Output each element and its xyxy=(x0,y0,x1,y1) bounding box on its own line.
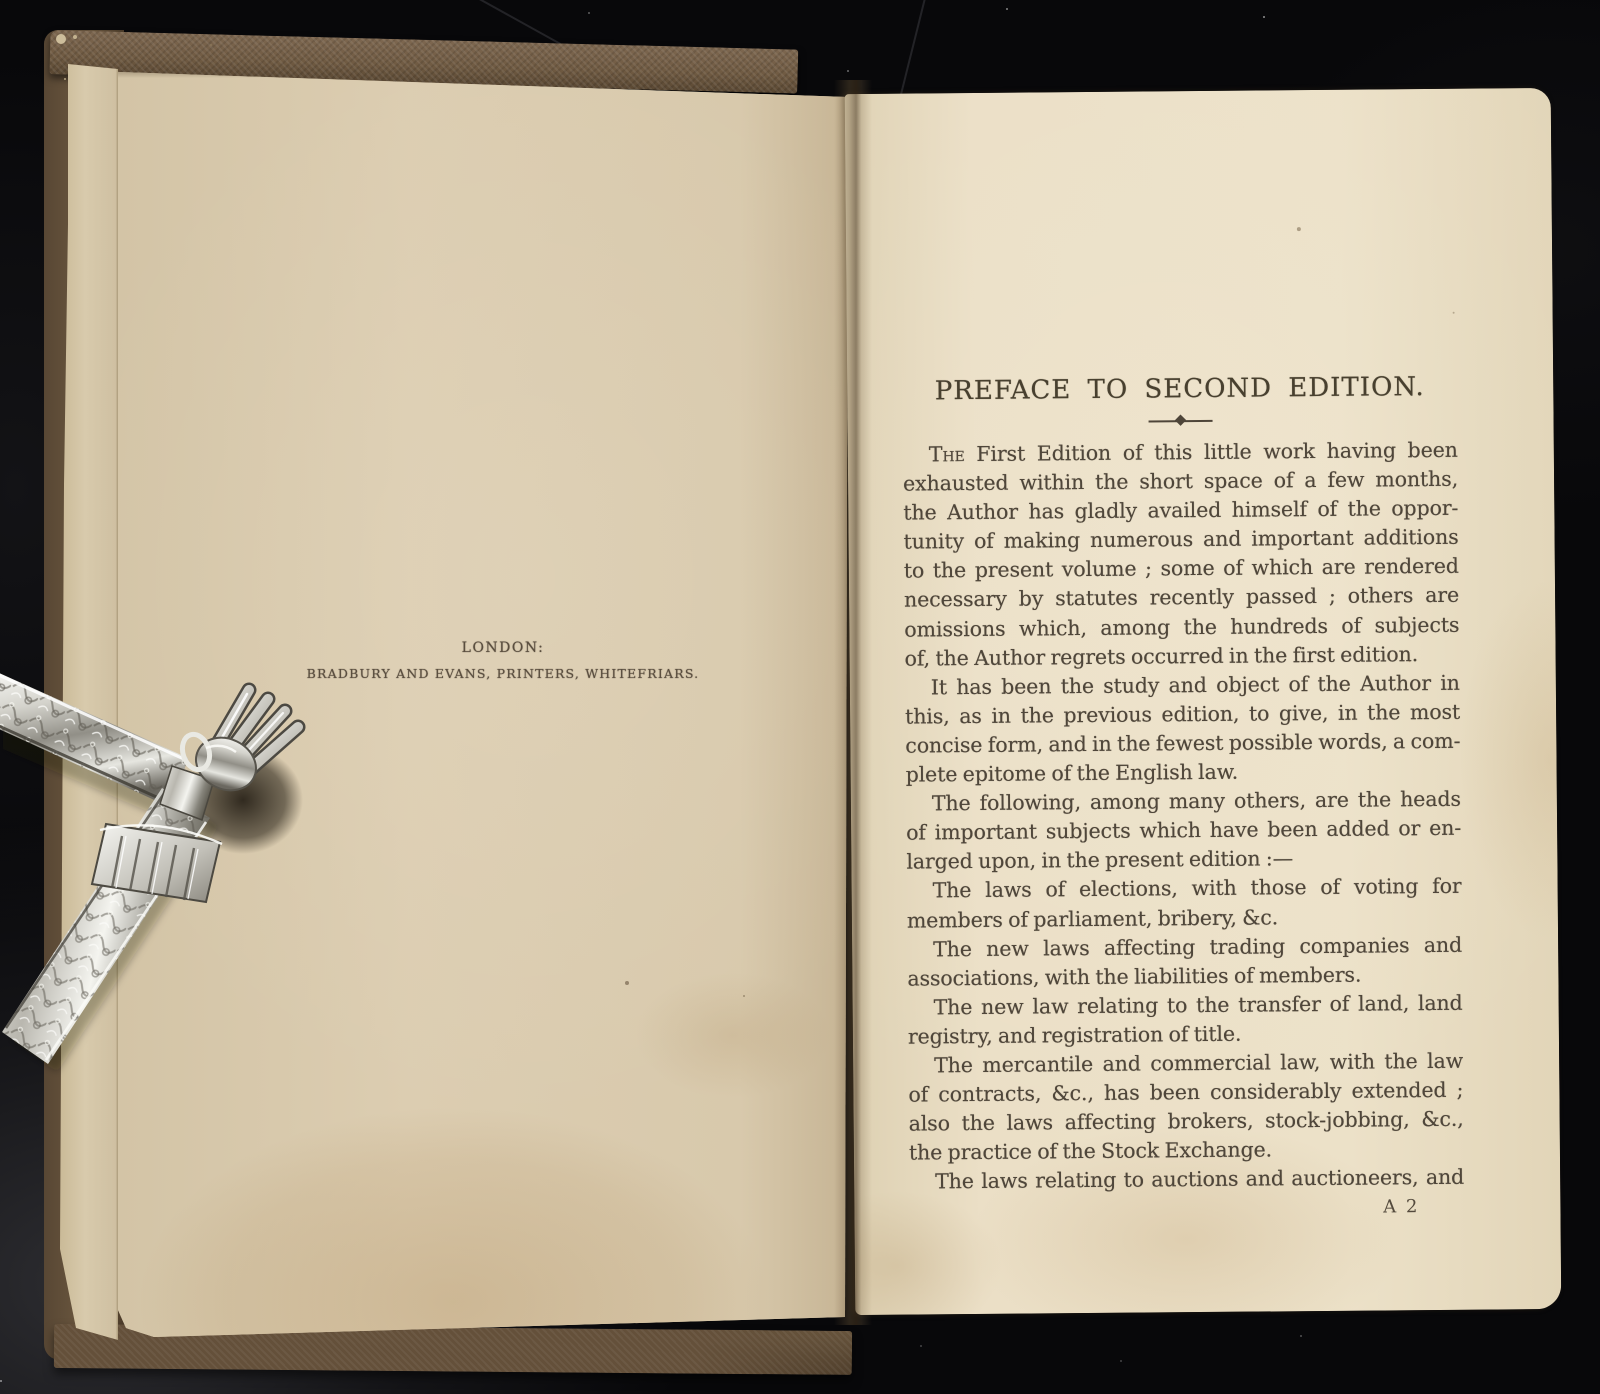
small-caps-lead-word: The xyxy=(929,442,965,466)
printer-imprint: LONDON: BRADBURY AND EVANS, PRINTERS, WH… xyxy=(303,640,703,681)
text-line: this, as in the previous edition, to giv… xyxy=(905,698,1460,732)
heading-rule-ornament xyxy=(1148,415,1212,427)
text-line: necessary by statutes recently passed ; … xyxy=(904,581,1459,615)
text-line: of important subjects which have been ad… xyxy=(906,814,1461,848)
preface-text-block: PREFACE TO SECOND EDITION. The First Edi… xyxy=(900,89,1465,1222)
right-page: PREFACE TO SECOND EDITION. The First Edi… xyxy=(845,88,1562,1315)
imprint-city: LONDON: xyxy=(303,640,703,656)
silver-bookmark-clip xyxy=(0,640,340,1110)
text-line: of, the Author regrets occurred in the f… xyxy=(904,639,1459,673)
text-line: It has been the study and object of the … xyxy=(905,669,1460,703)
photo-of-open-antique-book: { "left_page": { "imprint": { "city": "L… xyxy=(0,0,1600,1394)
text-line: omissions which, among the hundreds of s… xyxy=(904,610,1459,644)
stray-thread xyxy=(899,0,927,99)
page-signature: A 2 xyxy=(909,1196,1464,1222)
page-title: PREFACE TO SECOND EDITION. xyxy=(902,370,1457,409)
text-line: also the laws affecting brokers, stock-j… xyxy=(909,1105,1464,1139)
imprint-printer: BRADBURY AND EVANS, PRINTERS, WHITEFRIAR… xyxy=(303,666,703,681)
text-line: The laws relating to auctions and auctio… xyxy=(909,1163,1464,1197)
ornament-diamond-icon xyxy=(1174,415,1185,426)
text-line: concise form, and in the fewest possible… xyxy=(905,727,1460,761)
frayed-cover-corner xyxy=(56,34,66,44)
text-line: The new law relating to the transfer of … xyxy=(908,989,1463,1023)
text-line: The new laws affecting trading companies… xyxy=(907,930,1462,964)
text-line: The laws of elections, with those of vot… xyxy=(907,872,1462,906)
dust-specks xyxy=(0,1380,2,1382)
foxing-spots xyxy=(625,981,629,985)
preface-body: The First Edition of this little work ha… xyxy=(903,436,1465,1197)
